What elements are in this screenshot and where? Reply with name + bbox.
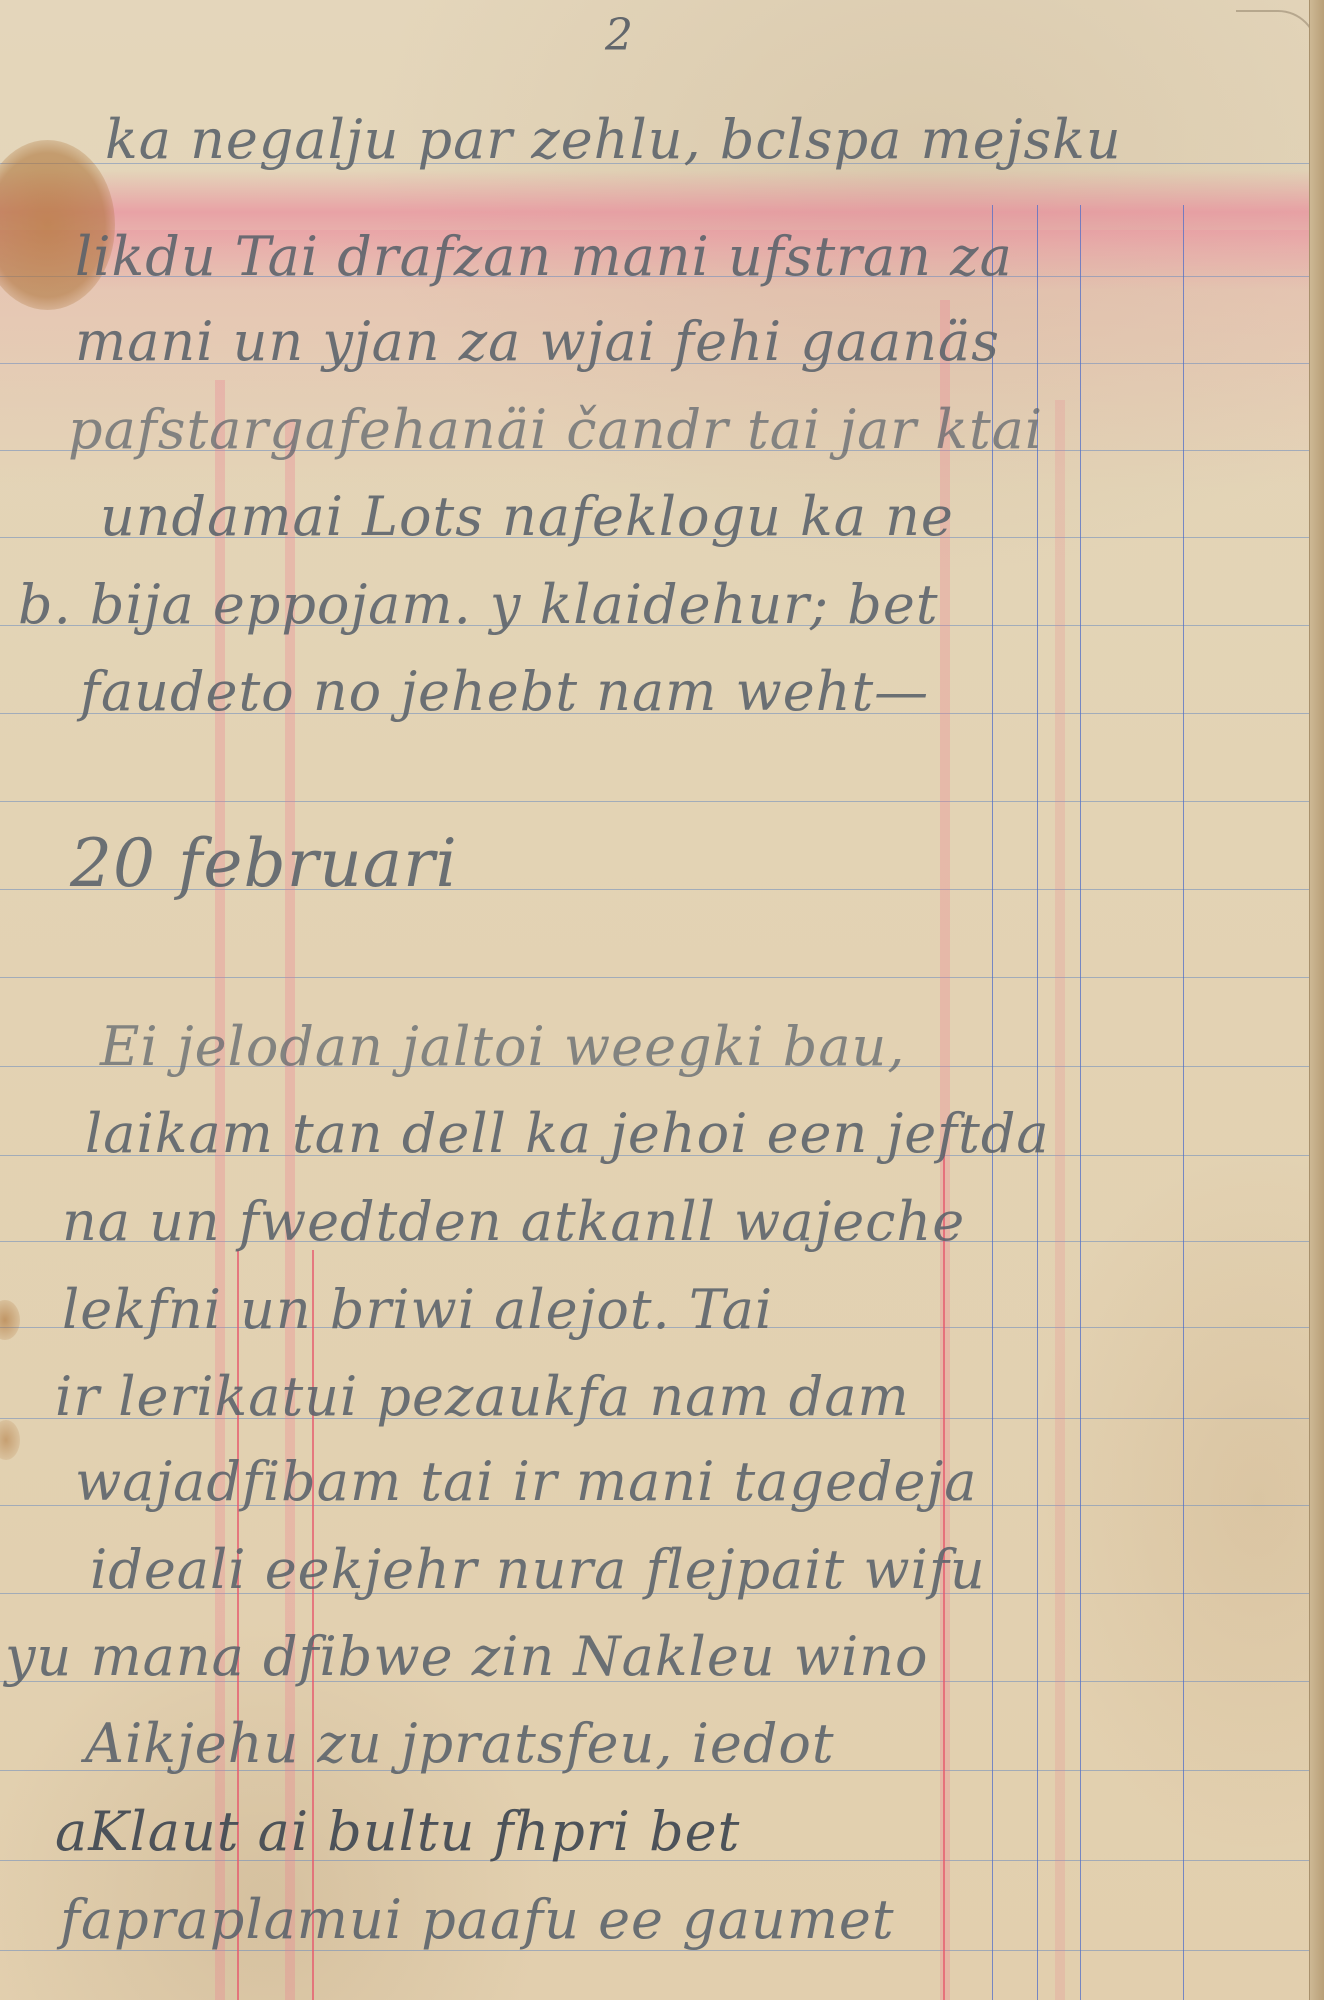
- handwritten-line: wajadfibam tai ir mani tagedeja: [75, 1450, 977, 1513]
- handwritten-line: ideali eekjehr nura flejpait wifu: [90, 1538, 986, 1601]
- ruling-line: [0, 977, 1310, 978]
- handwritten-line: ir lerikatui pezaukfa nam dam: [55, 1365, 910, 1428]
- ruling-line: [0, 801, 1310, 802]
- handwritten-line: faudeto no jehebt nam weht—: [80, 660, 929, 723]
- handwritten-line: b. bija eppojam. y klaidehur; bet: [18, 573, 939, 636]
- entry-date-heading: 20 februari: [70, 825, 458, 902]
- handwritten-line: undamai Lots nafeklogu ka ne: [100, 485, 954, 548]
- notebook-page: 2 ka negalju par zehlu, bclspa mejsku li…: [0, 0, 1324, 2000]
- handwritten-line: Ei jelodan jaltoi weegki bau,: [100, 1015, 905, 1078]
- handwritten-line: mani un yjan za wjai fehi gaanäs: [75, 310, 1000, 373]
- handwritten-line: aKlaut ai bultu fhpri bet: [55, 1800, 740, 1863]
- page-edge: [1309, 0, 1324, 2000]
- column-line: [1183, 205, 1184, 2000]
- pink-bleed-vertical: [1055, 400, 1065, 2000]
- handwritten-line: pafstargafehanäi čandr tai jar ktai: [68, 398, 1043, 461]
- page-number: 2: [605, 10, 633, 61]
- page-corner-fold: [1236, 10, 1318, 92]
- handwritten-line: laikam tan dell ka jehoi een jeftda: [85, 1102, 1050, 1165]
- handwritten-line: lekfni un briwi alejot. Tai: [62, 1278, 773, 1341]
- handwritten-line: ka negalju par zehlu, bclspa mejsku: [105, 108, 1122, 171]
- handwritten-line: Aikjehu zu jpratsfeu, iedot: [85, 1712, 835, 1775]
- column-line: [1080, 205, 1081, 2000]
- handwritten-line: likdu Tai drafzan mani ufstran za: [75, 225, 1013, 288]
- handwritten-line: na un fwedtden atkanll wajeche: [62, 1190, 965, 1253]
- rust-stain: [0, 1300, 20, 1340]
- handwritten-line: yu mana dfibwe zin Nakleu wino: [5, 1625, 929, 1688]
- handwritten-line: fapraplamui paafu ee gaumet: [60, 1888, 895, 1951]
- rust-stain: [0, 1420, 20, 1460]
